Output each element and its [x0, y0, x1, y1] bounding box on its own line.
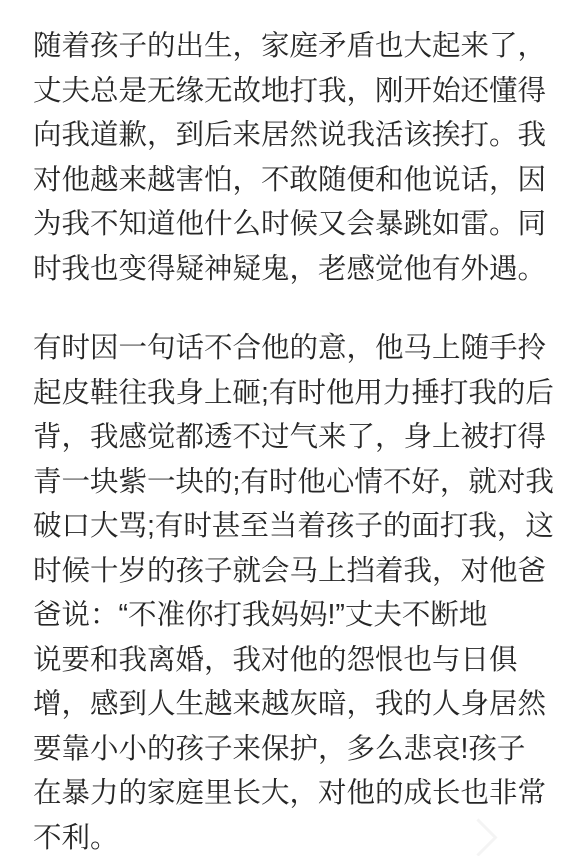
text-line: 时我也变得疑神疑鬼，老感觉他有外遇。 [33, 247, 553, 292]
text-line: 青一块紫一块的;有时他心情不好，就对我 [33, 460, 553, 505]
text-line: 爸说：“不准你打我妈妈!”丈夫不断地 [33, 593, 553, 638]
text-line: 要靠小小的孩子来保护，多么悲哀!孩子 [33, 727, 553, 772]
article-page: 随着孩子的出生，家庭矛盾也大起来了， 丈夫总是无缘无故地打我，刚开始还懂得 向我… [33, 24, 553, 856]
text-line: 有时因一句话不合他的意，他马上随手拎 [33, 326, 553, 371]
text-line: 为我不知道他什么时候又会暴跳如雷。同 [33, 202, 553, 247]
text-line: 时候十岁的孩子就会马上挡着我，对他爸 [33, 549, 553, 594]
text-line: 增，感到人生越来越灰暗，我的人身居然 [33, 682, 553, 727]
text-line: 对他越来越害怕，不敢随便和他说话，因 [33, 158, 553, 203]
text-line: 丈夫总是无缘无故地打我，刚开始还懂得 [33, 69, 553, 114]
text-line: 向我道歉，到后来居然说我活该挨打。我 [33, 113, 553, 158]
paragraph-2: 有时因一句话不合他的意，他马上随手拎 起皮鞋往我身上砸;有时他用力捶打我的后 背… [33, 326, 553, 856]
text-line: 破口大骂;有时甚至当着孩子的面打我，这 [33, 504, 553, 549]
paragraph-1: 随着孩子的出生，家庭矛盾也大起来了， 丈夫总是无缘无故地打我，刚开始还懂得 向我… [33, 24, 553, 291]
text-line: 在暴力的家庭里长大，对他的成长也非常 [33, 771, 553, 816]
text-line: 说要和我离婚，我对他的怨恨也与日俱 [33, 638, 553, 683]
text-line: 背，我感觉都透不过气来了，身上被打得 [33, 415, 553, 460]
text-line: 随着孩子的出生，家庭矛盾也大起来了， [33, 24, 553, 69]
text-line: 起皮鞋往我身上砸;有时他用力捶打我的后 [33, 371, 553, 416]
